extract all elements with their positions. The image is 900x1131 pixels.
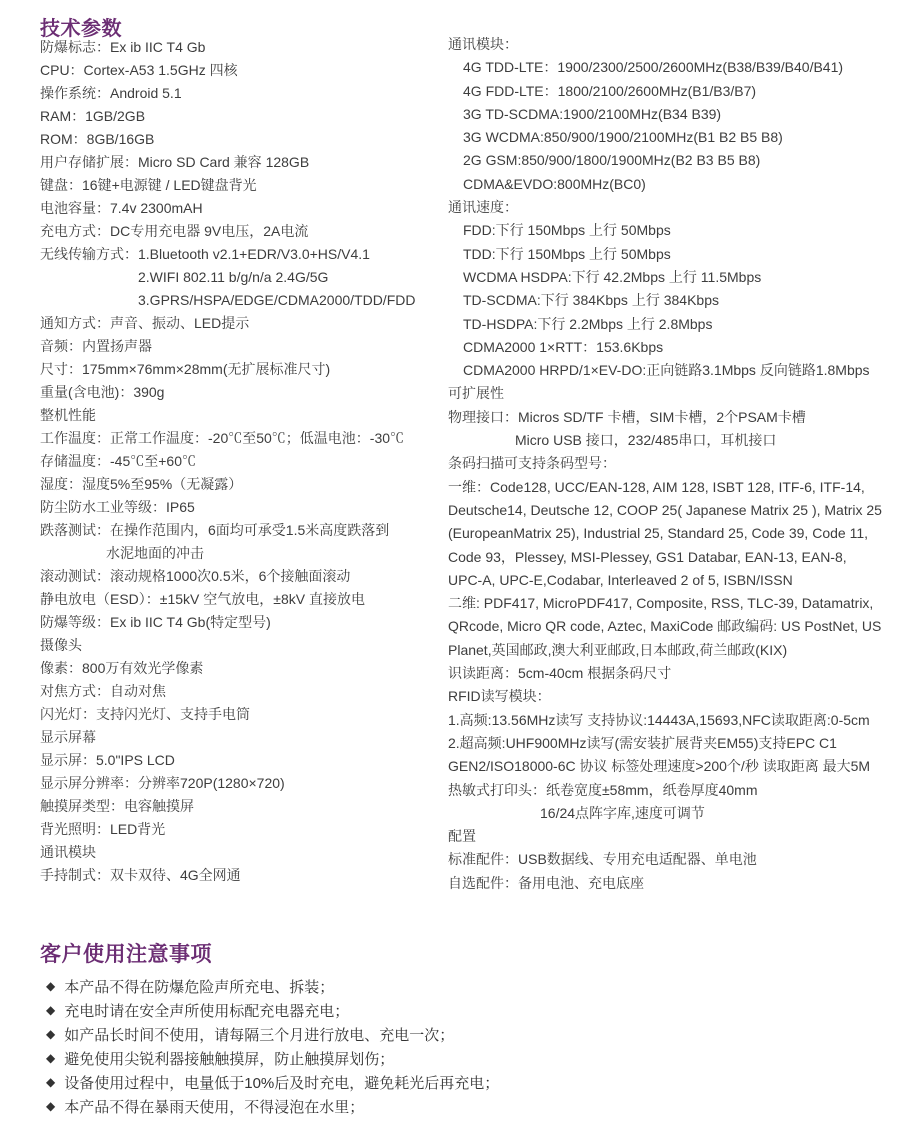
spec-line: 可扩展性 (448, 382, 896, 405)
spec-line: CDMA2000 1×RTT：153.6Kbps (448, 336, 896, 359)
spec-line: 整机性能 (40, 404, 442, 427)
spec-line: TD-SCDMA:下行 384Kbps 上行 384Kbps (448, 289, 896, 312)
spec-line: 充电方式：DC专用充电器 9V电压，2A电流 (40, 220, 442, 243)
note-text: 设备使用过程中，电量低于10%后及时充电，避免耗光后再充电； (64, 1072, 499, 1093)
note-item: ◆充电时请在安全声所使用标配充电器充电； (46, 998, 499, 1022)
spec-line: 尺寸：175mm×76mm×28mm(无扩展标准尺寸) (40, 358, 442, 381)
spec-line: ROM：8GB/16GB (40, 128, 442, 151)
note-text: 如产品长时间不使用，请每隔三个月进行放电、充电一次； (64, 1024, 454, 1045)
datasheet-page: 技术参数 防爆标志：Ex ib IIC T4 GbCPU：Cortex-A53 … (0, 0, 900, 1131)
spec-line: RAM：1GB/2GB (40, 105, 442, 128)
spec-line: 1.高频:13.56MHz读写 支持协议:14443A,15693,NFC读取距… (448, 709, 896, 732)
spec-line: 防爆标志：Ex ib IIC T4 Gb (40, 36, 442, 59)
spec-line: 二维: PDF417, MicroPDF417, Composite, RSS,… (448, 592, 896, 615)
diamond-bullet-icon: ◆ (46, 1046, 55, 1070)
spec-line: 工作温度：正常工作温度：-20℃至50℃；低温电池：-30℃ (40, 427, 442, 450)
spec-line: GEN2/ISO18000-6C 协议 标签处理速度>200个/秒 读取距离 最… (448, 755, 896, 778)
spec-line: 对焦方式：自动对焦 (40, 680, 442, 703)
spec-line: 操作系统：Android 5.1 (40, 82, 442, 105)
note-text: 避免使用尖锐利器接触触摸屏，防止触摸屏划伤； (64, 1048, 394, 1069)
note-item: ◆本产品不得在防爆危险声所充电、拆装； (46, 974, 499, 998)
spec-line: 闪光灯：支持闪光灯、支持手电筒 (40, 703, 442, 726)
spec-line: (EuropeanMatrix 25), Industrial 25, Stan… (448, 522, 896, 545)
spec-line: Code 93，Plessey, MSI-Plessey, GS1 Databa… (448, 546, 896, 569)
diamond-bullet-icon: ◆ (46, 1070, 55, 1094)
spec-line: 键盘：16键+电源键 / LED键盘背光 (40, 174, 442, 197)
spec-line: 滚动测试：滚动规格1000次0.5米，6个接触面滚动 (40, 565, 442, 588)
spec-line: 摄像头 (40, 634, 442, 657)
spec-line: 显示屏分辨率：分辨率720P(1280×720) (40, 772, 442, 795)
note-text: 本产品不得在防爆危险声所充电、拆装； (64, 976, 334, 997)
note-text: 本产品不得在暴雨天使用，不得浸泡在水里； (64, 1096, 364, 1117)
spec-line: 4G FDD-LTE：1800/2100/2600MHz(B1/B3/B7) (448, 80, 896, 103)
usage-notes-title: 客户使用注意事项 (40, 938, 212, 968)
spec-line: 手持制式：双卡双待、4G全网通 (40, 864, 442, 887)
spec-line: 用户存储扩展：Micro SD Card 兼容 128GB (40, 151, 442, 174)
spec-line: QRcode, Micro QR code, Aztec, MaxiCode 邮… (448, 615, 896, 638)
spec-line: 热敏式打印头：纸卷宽度±58mm，纸卷厚度40mm (448, 779, 896, 802)
note-item: ◆设备使用过程中，电量低于10%后及时充电，避免耗光后再充电； (46, 1070, 499, 1094)
spec-line: 背光照明：LED背光 (40, 818, 442, 841)
spec-line: TD-HSDPA:下行 2.2Mbps 上行 2.8Mbps (448, 313, 896, 336)
note-item: ◆避免使用尖锐利器接触触摸屏，防止触摸屏划伤； (46, 1046, 499, 1070)
spec-line: CDMA&EVDO:800MHz(BC0) (448, 173, 896, 196)
note-item: ◆本产品不得在暴雨天使用，不得浸泡在水里； (46, 1094, 499, 1118)
spec-line: WCDMA HSDPA:下行 42.2Mbps 上行 11.5Mbps (448, 266, 896, 289)
spec-line: 静电放电（ESD）：±15kV 空气放电，±8kV 直接放电 (40, 588, 442, 611)
diamond-bullet-icon: ◆ (46, 1094, 55, 1118)
spec-line: 2.超高频:UHF900MHz读写(需安装扩展背夹EM55)支持EPC C1 (448, 732, 896, 755)
spec-line: 重量(含电池)：390g (40, 381, 442, 404)
note-item: ◆如产品长时间不使用，请每隔三个月进行放电、充电一次； (46, 1022, 499, 1046)
spec-line: CPU：Cortex-A53 1.5GHz 四核 (40, 59, 442, 82)
diamond-bullet-icon: ◆ (46, 1022, 55, 1046)
spec-line: UPC-A, UPC-E,Codabar, Interleaved 2 of 5… (448, 569, 896, 592)
spec-line: CDMA2000 HRPD/1×EV-DO:正向链路3.1Mbps 反向链路1.… (448, 359, 896, 382)
spec-line: 防尘防水工业等级：IP65 (40, 496, 442, 519)
spec-line: 3G WCDMA:850/900/1900/2100MHz(B1 B2 B5 B… (448, 126, 896, 149)
diamond-bullet-icon: ◆ (46, 998, 55, 1022)
spec-line: 通知方式：声音、振动、LED提示 (40, 312, 442, 335)
spec-line: 自选配件：备用电池、充电底座 (448, 872, 896, 895)
spec-line: 标准配件：USB数据线、专用充电适配器、单电池 (448, 848, 896, 871)
spec-line: 跌落测试：在操作范围内，6面均可承受1.5米高度跌落到 (40, 519, 442, 542)
spec-line: 4G TDD-LTE：1900/2300/2500/2600MHz(B38/B3… (448, 56, 896, 79)
spec-line: FDD:下行 150Mbps 上行 50Mbps (448, 219, 896, 242)
spec-line: 电池容量：7.4v 2300mAH (40, 197, 442, 220)
spec-line: Planet,英国邮政,澳大利亚邮政,日本邮政,荷兰邮政(KIX) (448, 639, 896, 662)
spec-line: 显示屏：5.0"IPS LCD (40, 749, 442, 772)
note-text: 充电时请在安全声所使用标配充电器充电； (64, 1000, 349, 1021)
spec-line: 2.WIFI 802.11 b/g/n/a 2.4G/5G (40, 266, 442, 289)
spec-line: 物理接口：Micros SD/TF 卡槽，SIM卡槽，2个PSAM卡槽 (448, 406, 896, 429)
diamond-bullet-icon: ◆ (46, 974, 55, 998)
spec-line: TDD:下行 150Mbps 上行 50Mbps (448, 243, 896, 266)
spec-line: 水泥地面的冲击 (40, 542, 442, 565)
spec-line: Micro USB 接口，232/485串口，耳机接口 (448, 429, 896, 452)
usage-notes-list: ◆本产品不得在防爆危险声所充电、拆装；◆充电时请在安全声所使用标配充电器充电；◆… (46, 974, 499, 1118)
spec-line: 配置 (448, 825, 896, 848)
spec-line: 通讯模块 (40, 841, 442, 864)
tech-specs-left-column: 防爆标志：Ex ib IIC T4 GbCPU：Cortex-A53 1.5GH… (40, 36, 442, 887)
spec-line: 显示屏幕 (40, 726, 442, 749)
spec-line: 条码扫描可支持条码型号： (448, 452, 896, 475)
spec-line: 无线传输方式：1.Bluetooth v2.1+EDR/V3.0+HS/V4.1 (40, 243, 442, 266)
spec-line: 3.GPRS/HSPA/EDGE/CDMA2000/TDD/FDD (40, 289, 442, 312)
spec-line: 通讯速度： (448, 196, 896, 219)
tech-specs-right-column: 通讯模块：4G TDD-LTE：1900/2300/2500/2600MHz(B… (448, 33, 896, 895)
spec-line: 像素：800万有效光学像素 (40, 657, 442, 680)
spec-line: 识读距离：5cm-40cm 根据条码尺寸 (448, 662, 896, 685)
spec-line: 存储温度：-45℃至+60℃ (40, 450, 442, 473)
spec-line: 通讯模块： (448, 33, 896, 56)
spec-line: RFID读写模块： (448, 685, 896, 708)
spec-line: 湿度：湿度5%至95%（无凝露） (40, 473, 442, 496)
spec-line: 2G GSM:850/900/1800/1900MHz(B2 B3 B5 B8) (448, 149, 896, 172)
spec-line: 触摸屏类型：电容触摸屏 (40, 795, 442, 818)
spec-line: 16/24点阵字库,速度可调节 (448, 802, 896, 825)
spec-line: Deutsche14, Deutsche 12, COOP 25( Japane… (448, 499, 896, 522)
spec-line: 音频：内置扬声器 (40, 335, 442, 358)
spec-line: 3G TD-SCDMA:1900/2100MHz(B34 B39) (448, 103, 896, 126)
spec-line: 防爆等级：Ex ib IIC T4 Gb(特定型号) (40, 611, 442, 634)
spec-line: 一维：Code128, UCC/EAN-128, AIM 128, ISBT 1… (448, 476, 896, 499)
